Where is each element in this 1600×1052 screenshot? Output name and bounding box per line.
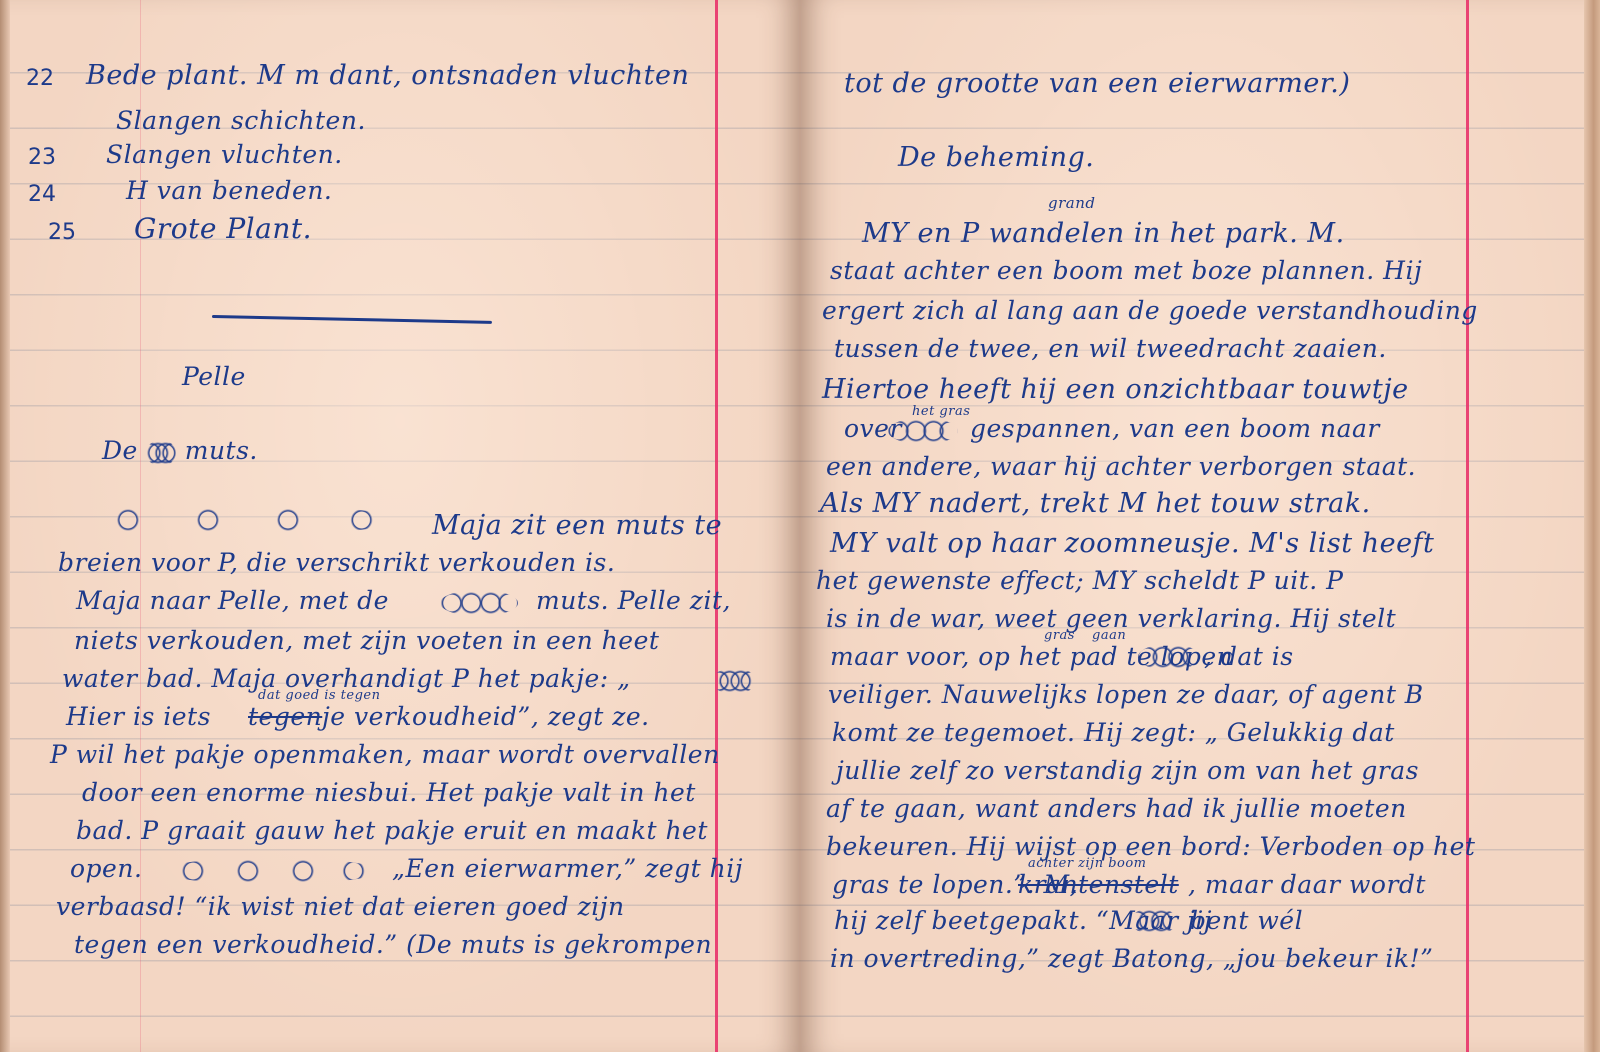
notebook-spread: 22 Bede plant. M m dant, ontsnaden vluch… bbox=[0, 0, 1600, 1052]
episode-title-suffix: muts. bbox=[185, 436, 258, 465]
list-item-text: Bede plant. M m dant, ontsnaden vluchten bbox=[86, 60, 689, 91]
crossed-out-scribble bbox=[146, 440, 176, 466]
story-line: af te gaan, want anders had ik jullie mo… bbox=[826, 794, 1407, 823]
list-number: 25 bbox=[48, 220, 76, 245]
story-line: Als MY nadert, trekt M het touw strak. bbox=[820, 488, 1371, 519]
story-line: het gewenste effect; MY scheldt P uit. P bbox=[816, 566, 1344, 595]
story-line: in overtreding,” zegt Batong, „jou bekeu… bbox=[830, 944, 1433, 973]
paragraph-line: open. bbox=[70, 854, 142, 883]
section-divider bbox=[212, 315, 492, 324]
paragraph-line: Hier is iets bbox=[66, 702, 211, 731]
list-number: 22 bbox=[26, 66, 54, 91]
paragraph-line: niets verkouden, met zijn voeten in een … bbox=[74, 626, 659, 655]
paragraph-line: tegen een verkoudheid.” (De muts is gekr… bbox=[74, 930, 712, 959]
crossed-out-scribble bbox=[1138, 644, 1200, 670]
paragraph-line: Maja zit een muts te bbox=[432, 510, 722, 541]
story-line: staat achter een boom met boze plannen. … bbox=[830, 256, 1422, 285]
right-page: tot de grootte van een eierwarmer.) De b… bbox=[800, 0, 1600, 1052]
section-title: Pelle bbox=[182, 362, 246, 391]
episode-title: De muts. bbox=[102, 436, 258, 466]
insertion-achter-zijn-boom: achter zijn boom bbox=[1028, 856, 1147, 871]
story-line: tussen de twee, en wil tweedracht zaaien… bbox=[834, 334, 1387, 363]
story-line: bent wél bbox=[1190, 906, 1303, 935]
page-edge bbox=[1584, 0, 1600, 1052]
insertion-hetgras: het gras bbox=[912, 404, 970, 419]
crossed-out-scribble bbox=[888, 418, 958, 444]
crossed-word: krantenstelt bbox=[1018, 870, 1179, 899]
paragraph-line: je verkoudheid”, zegt ze. bbox=[322, 702, 650, 731]
list-item-text: Grote Plant. bbox=[134, 212, 312, 245]
paragraph-line: breien voor P, die verschrikt verkouden … bbox=[58, 548, 615, 577]
story-line: jullie zelf zo verstandig zijn om van he… bbox=[836, 756, 1419, 785]
episode-title: De beheming. bbox=[898, 142, 1094, 173]
list-item-text: Slangen vluchten. bbox=[106, 140, 343, 169]
list-item-text: H van beneden. bbox=[126, 176, 332, 205]
list-number: 24 bbox=[28, 182, 56, 207]
paragraph-line: bad. P graait gauw het pakje eruit en ma… bbox=[76, 816, 708, 845]
paragraph-line: P wil het pakje openmaken, maar wordt ov… bbox=[50, 740, 720, 769]
insertion-gaan: gaan bbox=[1092, 628, 1126, 643]
story-line: MY en P wandelen in het park. M. bbox=[862, 218, 1345, 249]
story-line: een andere, waar hij achter verborgen st… bbox=[826, 452, 1416, 481]
paragraph-line: door een enorme niesbui. Het pakje valt … bbox=[82, 778, 696, 807]
story-line: Hiertoe heeft hij een onzichtbaar touwtj… bbox=[822, 374, 1409, 405]
insertion-above-line: dat goed is tegen bbox=[258, 688, 381, 703]
story-line: veiliger. Nauwelijks lopen ze daar, of a… bbox=[828, 680, 1424, 709]
crossed-out-scribble bbox=[1130, 908, 1178, 934]
continuation-line: tot de grootte van een eierwarmer.) bbox=[844, 68, 1350, 99]
story-line: , maar daar wordt bbox=[1188, 870, 1426, 899]
crossed-out-scribble bbox=[80, 505, 400, 535]
story-line: komt ze tegemoet. Hij zegt: „ Gelukkig d… bbox=[832, 718, 1395, 747]
crossed-out-scribble bbox=[440, 590, 518, 616]
list-number: 23 bbox=[28, 145, 56, 170]
crossed-out-scribble bbox=[712, 668, 756, 694]
crossed-out-scribble bbox=[160, 858, 380, 884]
story-line: bekeuren. Hij wijst op een bord: Verbode… bbox=[826, 832, 1475, 861]
list-item-text: Slangen schichten. bbox=[116, 106, 366, 135]
episode-title-prefix: De bbox=[102, 436, 138, 465]
paragraph-line: Maja naar Pelle, met de bbox=[76, 586, 389, 615]
red-margin-line bbox=[1466, 0, 1469, 1052]
page-edge bbox=[0, 0, 10, 1052]
story-line: gespannen, van een boom naar bbox=[970, 414, 1380, 443]
story-line: , dat is bbox=[1204, 642, 1294, 671]
insertion-grand: grand bbox=[1048, 194, 1095, 212]
paragraph-line: muts. Pelle zit, bbox=[536, 586, 731, 615]
story-line: ergert zich al lang aan de goede verstan… bbox=[822, 296, 1478, 325]
left-page: 22 Bede plant. M m dant, ontsnaden vluch… bbox=[0, 0, 800, 1052]
insertion-gras: gras bbox=[1044, 628, 1075, 643]
paragraph-line: verbaasd! “ik wist niet dat eieren goed … bbox=[56, 892, 625, 921]
paragraph-line: „Een eierwarmer,” zegt hij bbox=[392, 854, 743, 883]
crossed-word: tegen bbox=[248, 702, 322, 731]
story-line: MY valt op haar zoomneusje. M's list hee… bbox=[830, 528, 1434, 559]
